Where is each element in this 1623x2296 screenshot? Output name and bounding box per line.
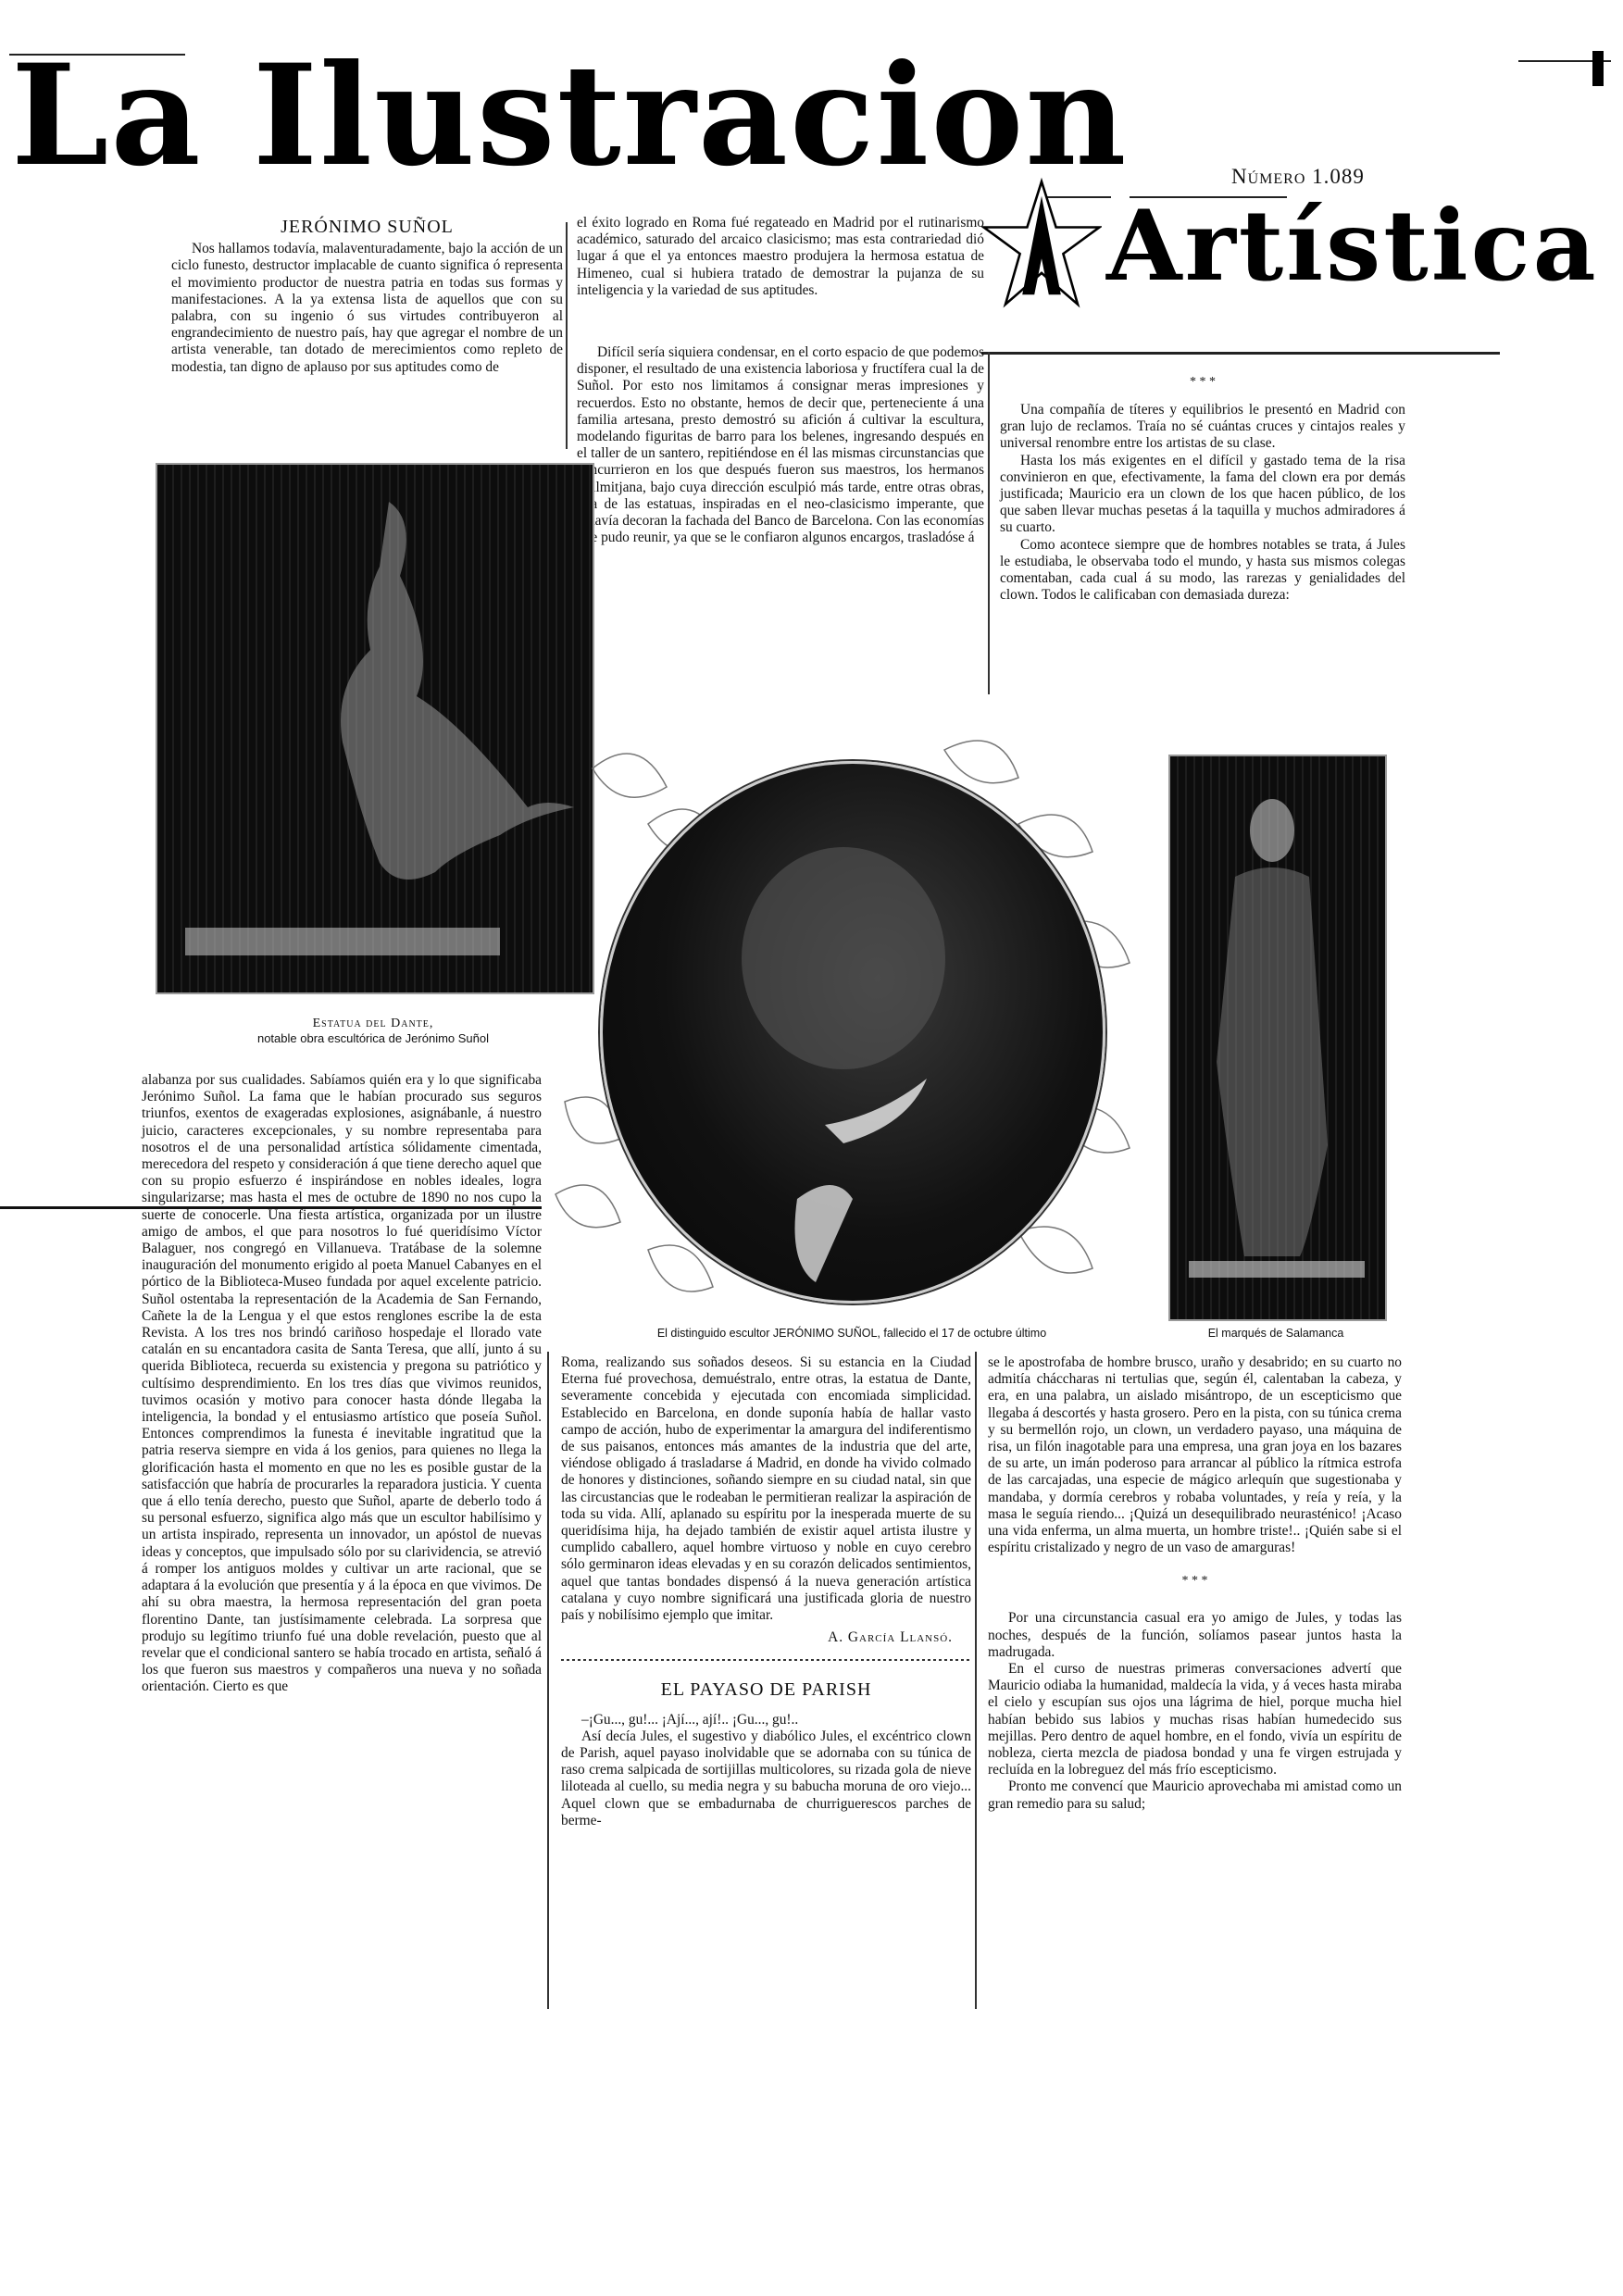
standing-statue-icon <box>1170 756 1385 1319</box>
photo-portrait-sunol <box>600 761 1105 1304</box>
photo-dante-statue <box>156 463 594 994</box>
article2-paragraph: Pronto me convencí que Mauricio aprovech… <box>988 1778 1402 1812</box>
article2-paragraph: Como acontece siempre que de hombres not… <box>1000 537 1405 605</box>
article2-paragraph: En el curso de nuestras primeras convers… <box>988 1661 1402 1778</box>
masthead-title-artistica: Artística <box>1106 194 1599 296</box>
article1-signature: A. García Llansó. <box>561 1629 971 1646</box>
caption-subtitle: notable obra escultórica de Jerónimo Suñ… <box>156 1031 591 1046</box>
masthead-bottom-rule <box>981 352 1500 355</box>
column-divider <box>988 352 990 694</box>
masthead-title-ilustracion: La Ilustracion <box>11 46 1128 185</box>
caption-title: Estatua del Dante, <box>156 1017 591 1031</box>
article2-paragraph: Por una circunstancia casual era yo amig… <box>988 1610 1402 1661</box>
caption-portrait: El distinguido escultor JERÓNIMO SUÑOL, … <box>574 1326 1130 1341</box>
article2-paragraph: Una compañía de títeres y equilibrios le… <box>1000 402 1405 453</box>
column-divider <box>566 222 568 449</box>
section-separator-asterism: * * * <box>988 1577 1402 1586</box>
article1-column1-bottom: alabanza por sus cualidades. Sabíamos qu… <box>142 1072 542 1696</box>
caption-dante-statue: Estatua del Dante, notable obra escultór… <box>156 1017 591 1046</box>
article2-column3-top: * * * Una compañía de títeres y equilibr… <box>1000 370 1405 604</box>
article2-title: EL PAYASO DE PARISH <box>561 1681 971 1698</box>
article1-column1-top: JERÓNIMO SUÑOL Nos hallamos todavía, mal… <box>171 218 563 376</box>
caption-marques-salamanca: El marqués de Salamanca <box>1168 1326 1383 1341</box>
column-divider <box>975 1352 977 2009</box>
article1-column2-top: el éxito logrado en Roma fué regateado e… <box>577 215 984 299</box>
article1-paragraph: Difícil sería siquiera condensar, en el … <box>577 344 984 546</box>
portrait-head-icon <box>603 764 1103 1301</box>
issue-number: Número 1.089 <box>1231 165 1365 189</box>
article1-paragraph: Nos hallamos todavía, malaventuradamente… <box>171 241 563 376</box>
article1-title: JERÓNIMO SUÑOL <box>171 218 563 235</box>
section-separator-asterism: * * * <box>1000 378 1405 387</box>
statue-figure-icon <box>157 465 593 992</box>
article1-paragraph: alabanza por sus cualidades. Sabíamos qu… <box>142 1072 542 1696</box>
scan-artifact-line <box>0 1206 542 1209</box>
photo-marques-salamanca <box>1168 755 1387 1321</box>
article1-column2-bottom: Roma, realizando sus soñados deseos. Si … <box>561 1354 971 1829</box>
article2-paragraph: se le apostrofaba de hombre brusco, urañ… <box>988 1354 1402 1556</box>
article2-opening-line: –¡Gu..., gu!... ¡Ají..., ají!.. ¡Gu..., … <box>561 1712 971 1728</box>
article1-paragraph: Roma, realizando sus soñados deseos. Si … <box>561 1354 971 1624</box>
article1-paragraph: el éxito logrado en Roma fué regateado e… <box>577 215 984 299</box>
masthead-corner-block <box>1592 51 1604 86</box>
article2-column3-bottom: se le apostrofaba de hombre brusco, urañ… <box>988 1354 1402 1813</box>
article2-paragraph: Así decía Jules, el sugestivo y diabólic… <box>561 1728 971 1829</box>
article1-column2-continued: Difícil sería siquiera condensar, en el … <box>577 344 984 546</box>
column-divider <box>547 1352 549 2009</box>
article2-paragraph: Hasta los más exigentes en el difícil y … <box>1000 453 1405 537</box>
wavy-section-divider <box>561 1655 971 1665</box>
star-ornament-icon <box>981 176 1102 315</box>
